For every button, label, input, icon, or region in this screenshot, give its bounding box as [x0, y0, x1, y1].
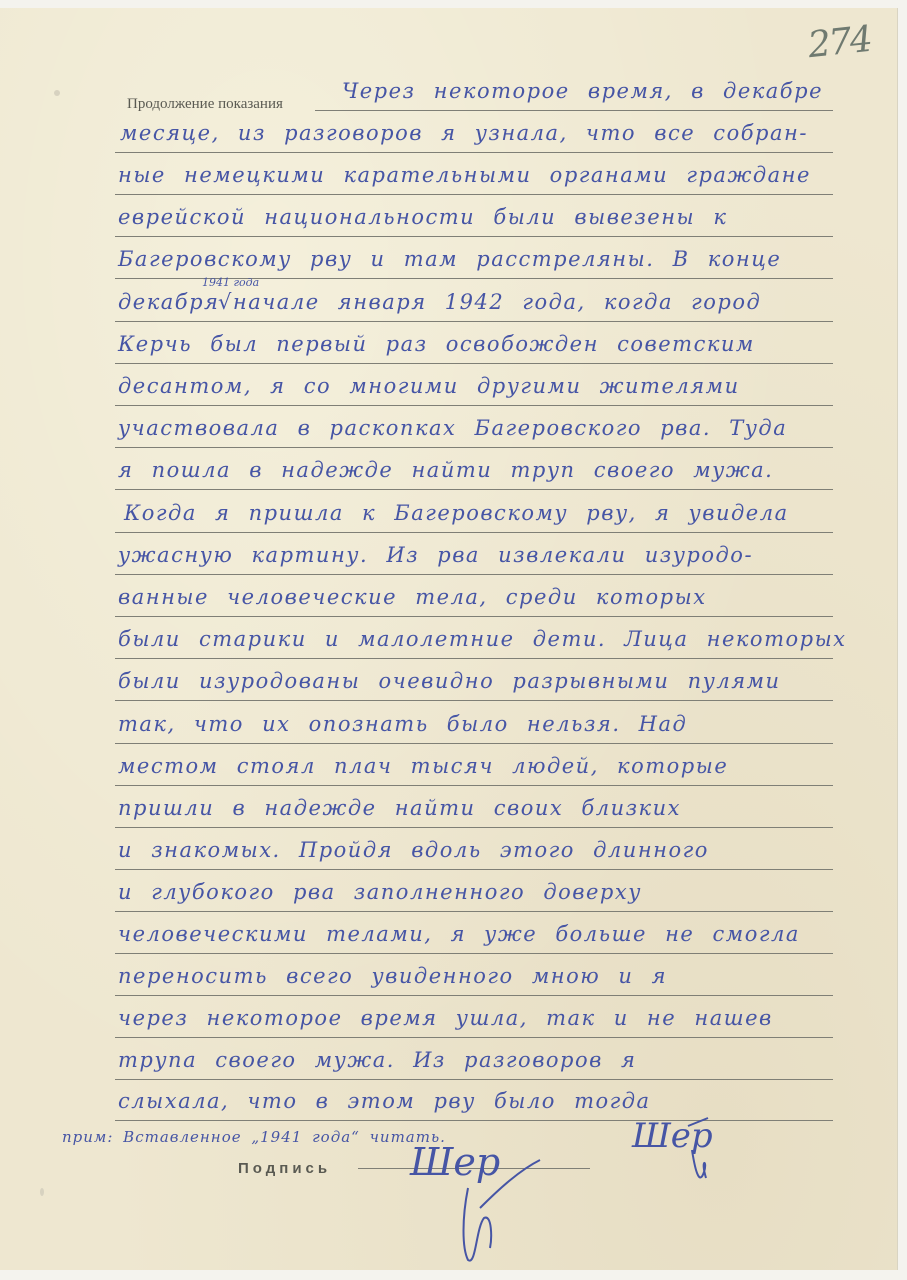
handwritten-line: Багеровскому рву и там расстреляны. В ко… [118, 247, 781, 271]
signature-main-flourish [440, 1148, 560, 1268]
ruled-line [115, 995, 833, 996]
ruled-line [115, 785, 833, 786]
document-page: 274 Продолжение показания Через некоторо… [0, 8, 897, 1270]
ruled-line [115, 363, 833, 364]
ruled-line [115, 953, 833, 954]
handwritten-line: местом стоял плач тысяч людей, которые [118, 754, 728, 778]
ruled-line [115, 616, 833, 617]
handwritten-line: слыхала, что в этом рву было тогда [118, 1089, 651, 1113]
handwritten-line: ванные человеческие тела, среди которых [118, 585, 707, 609]
handwritten-line: через некоторое время ушла, так и не наш… [118, 1006, 773, 1030]
ruled-line [115, 405, 833, 406]
ruled-line [115, 152, 833, 153]
ruled-line [115, 532, 833, 533]
signature-label: Подпись [238, 1160, 331, 1177]
ruled-line [115, 236, 833, 237]
ruled-line [115, 489, 833, 490]
page-number: 274 [806, 19, 873, 66]
handwritten-line: человеческими телами, я уже больше не см… [118, 922, 800, 946]
handwritten-line: ужасную картину. Из рва извлекали изурод… [118, 543, 753, 567]
ruled-line [315, 110, 833, 111]
handwritten-line: месяце, из разговоров я узнала, что все … [120, 121, 808, 145]
ruled-line [115, 869, 833, 870]
handwritten-line: пришли в надежде найти своих близких [118, 796, 681, 820]
ruled-line [115, 700, 833, 701]
handwritten-line: Через некоторое время, в декабре [342, 79, 823, 103]
handwritten-line: и глубокого рва заполненного доверху [118, 880, 642, 904]
ruled-line [115, 827, 833, 828]
handwritten-line: были изуродованы очевидно разрывными пул… [118, 669, 781, 693]
ruled-line [115, 447, 833, 448]
handwritten-line: участвовала в раскопках Багеровского рва… [118, 416, 787, 440]
handwritten-line: ные немецкими карательными органами граж… [118, 163, 811, 187]
ruled-line [115, 1079, 833, 1080]
handwritten-line: √начале января 1942 года, когда город [218, 290, 761, 314]
handwritten-line: переносить всего увиденного мною и я [118, 964, 667, 988]
ruled-line [115, 658, 833, 659]
ruled-line [115, 321, 833, 322]
handwritten-line: я пошла в надежде найти труп своего мужа… [118, 458, 773, 482]
handwritten-line-rest: начале января 1942 года, когда город [233, 290, 761, 314]
handwritten-line: были старики и малолетние дети. Лица нек… [118, 627, 847, 651]
punch-hole [40, 1188, 44, 1196]
handwritten-note: прим: Вставленное „1941 года“ читать. [62, 1128, 446, 1146]
handwritten-line: так, что их опознать было нельзя. Над [118, 712, 687, 736]
printed-caption: Продолжение показания [127, 96, 283, 113]
ruled-line [115, 911, 833, 912]
handwritten-line: трупа своего мужа. Из разговоров я [118, 1048, 636, 1072]
handwritten-line: еврейской национальности были вывезены к [118, 205, 727, 229]
ruled-line [115, 194, 833, 195]
signature-flourish [630, 1116, 710, 1196]
ruled-line [115, 743, 833, 744]
handwritten-line: десантом, я со многими другими жителями [118, 374, 740, 398]
ruled-line [115, 1120, 833, 1121]
handwritten-line: Когда я пришла к Багеровскому рву, я уви… [124, 501, 789, 525]
ruled-line [115, 574, 833, 575]
ruled-line [115, 1037, 833, 1038]
handwritten-line: Керчь был первый раз освобожден советски… [118, 332, 755, 356]
inserted-text: 1941 года [202, 276, 259, 289]
handwritten-line: и знакомых. Пройдя вдоль этого длинного [118, 838, 709, 862]
handwritten-line: декабря [118, 290, 219, 314]
punch-hole [54, 90, 60, 96]
